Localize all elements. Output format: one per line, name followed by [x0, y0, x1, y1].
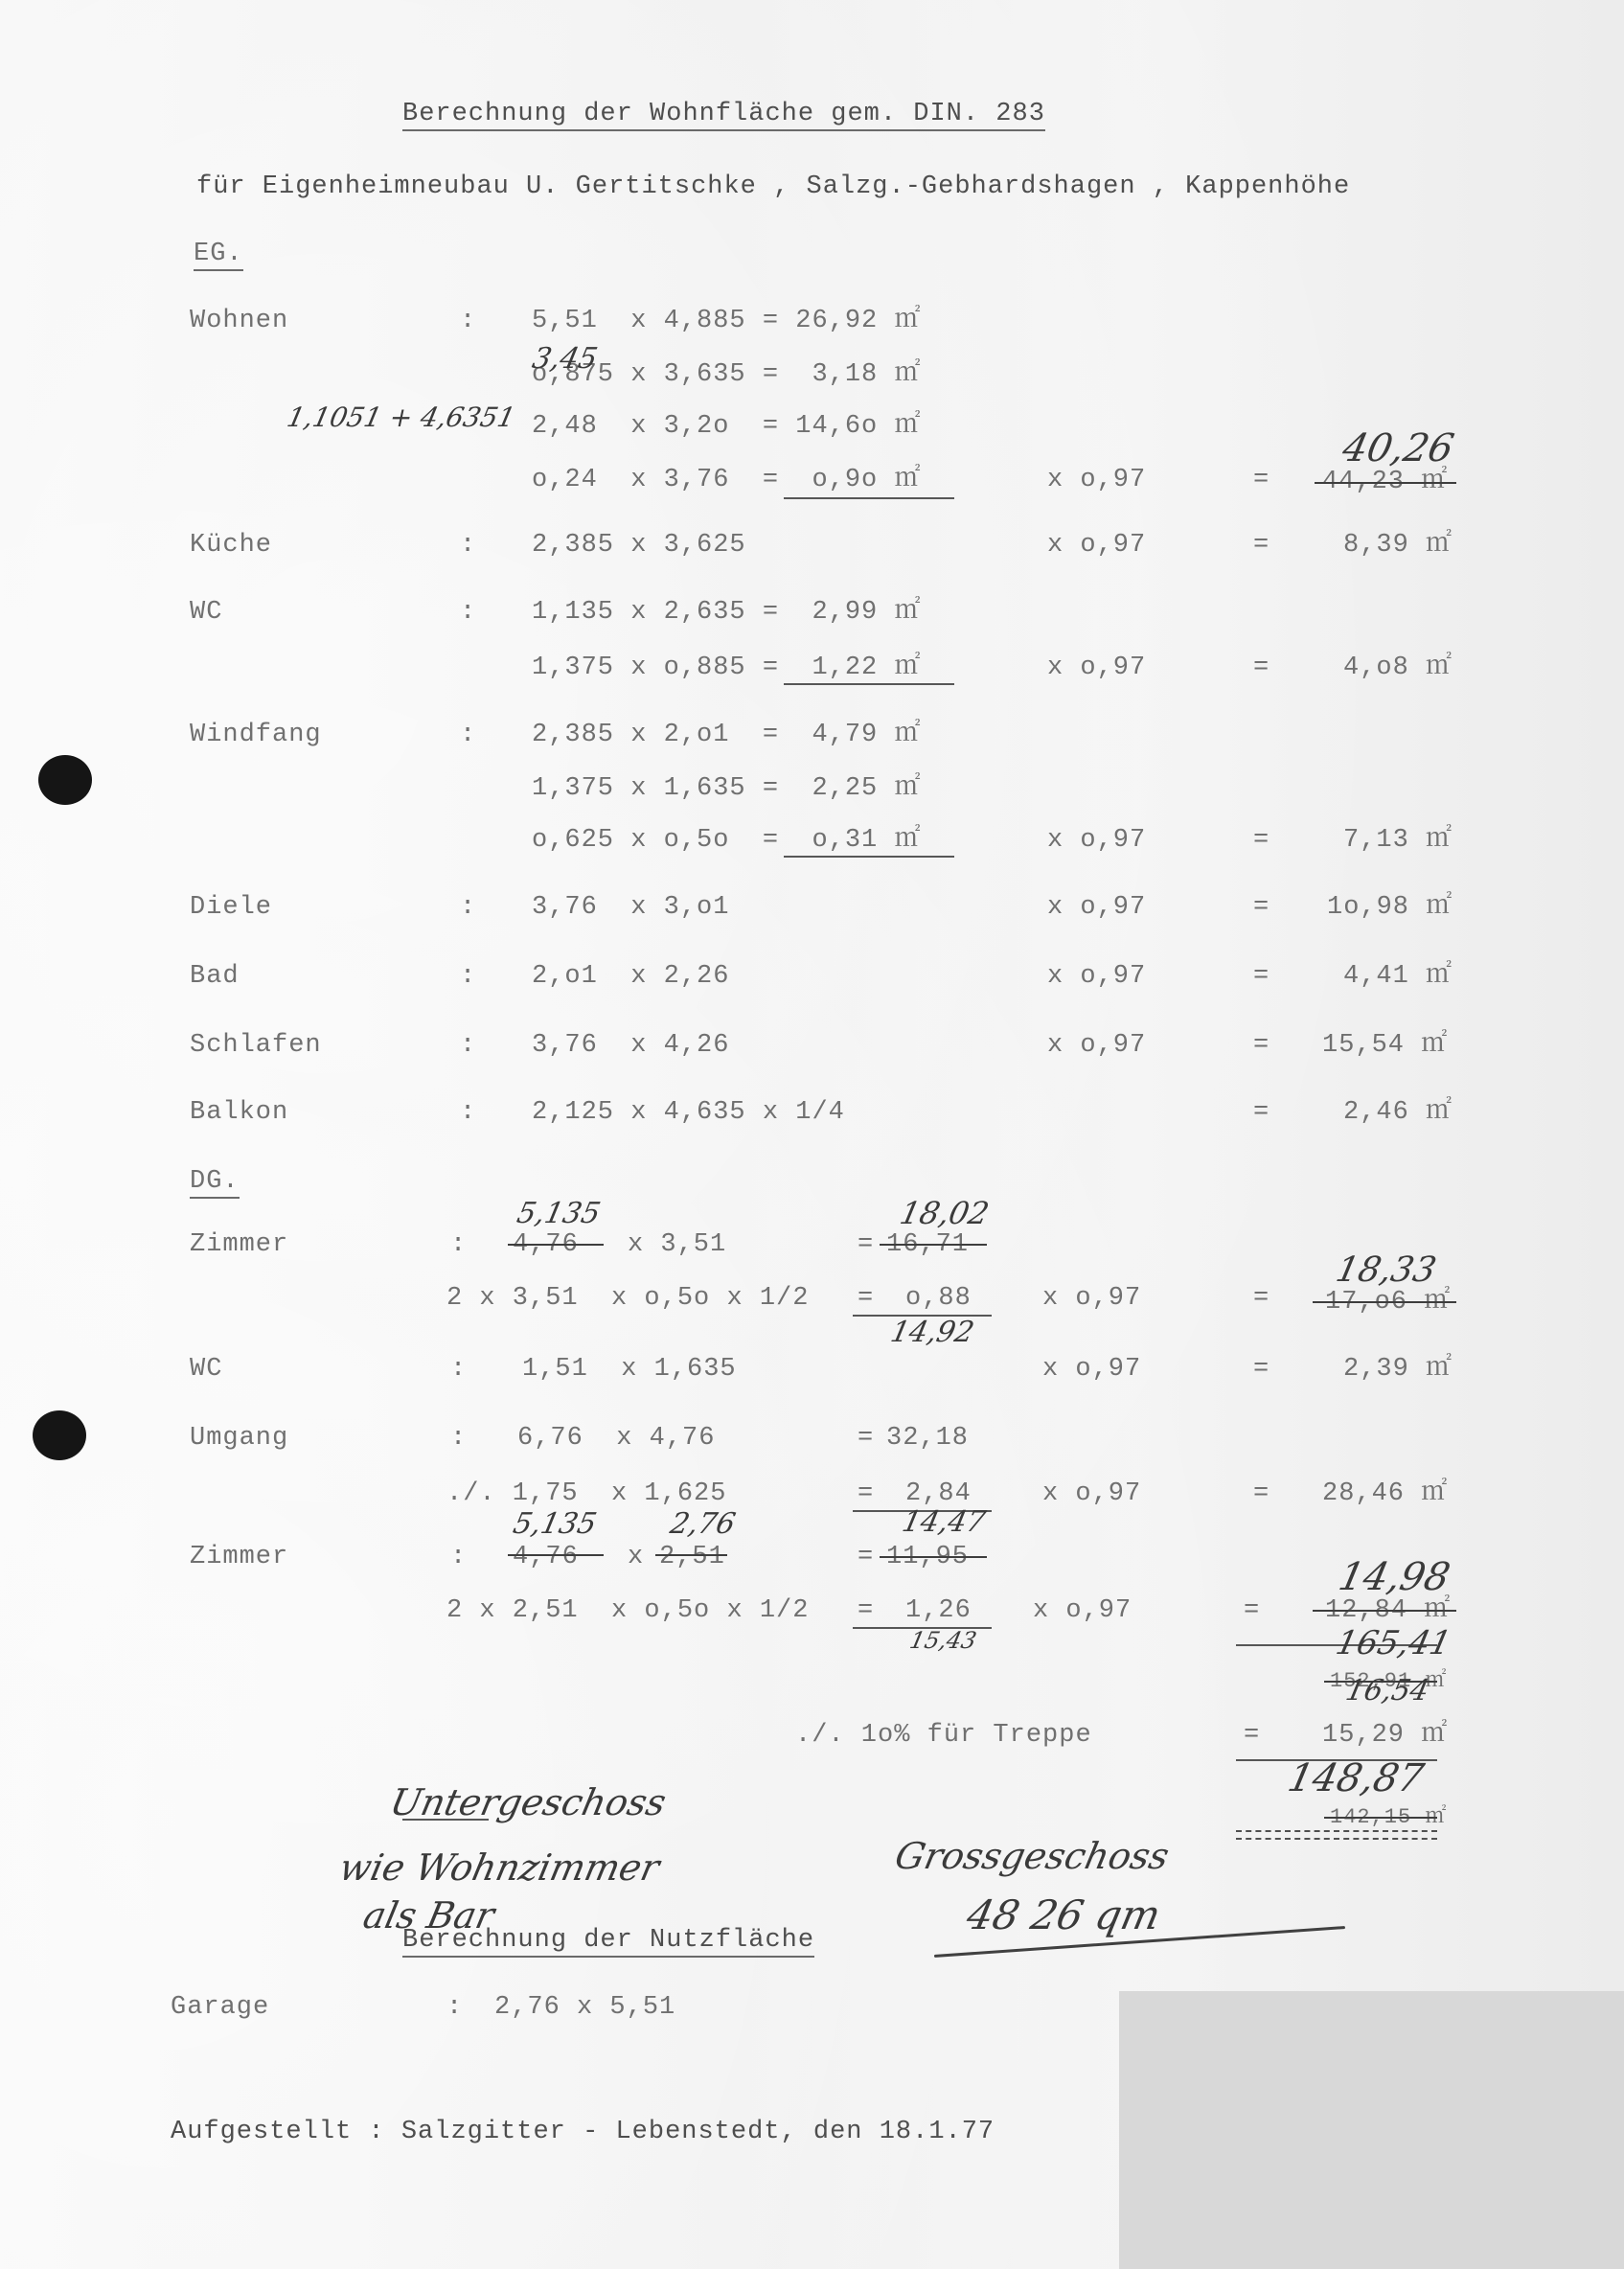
result-corrected: 40,26 [1339, 429, 1457, 468]
factor: x o,97 [1033, 1598, 1132, 1624]
calc-line: 2 x 3,51 x o,5o x 1/2 [446, 1286, 809, 1312]
calc-line: 3,76 x 3,o1 [532, 895, 729, 921]
equals: = [858, 1426, 874, 1452]
factor: x o,97 [1047, 828, 1146, 854]
calc-line: 3,76 x 4,26 [532, 1033, 729, 1059]
handwritten-correction: 2,76 [668, 1510, 738, 1539]
subtotal: o,88 [905, 1286, 972, 1312]
calc-line: 2,385 x 3,625 [532, 533, 746, 559]
room-name-balkon: Balkon [190, 1100, 288, 1126]
strike-line [1313, 1610, 1456, 1612]
colon: : [450, 1545, 467, 1570]
room-name-bad: Bad [190, 964, 240, 990]
equals: = [1253, 1286, 1269, 1312]
colon: : [450, 1232, 467, 1258]
footer-prepared-by: Aufgestellt : Salzgitter - Lebenstedt, d… [171, 2120, 995, 2145]
strike-line [655, 1554, 727, 1556]
handwritten-correction: 3,45 [530, 345, 600, 374]
factor: x o,97 [1042, 1481, 1141, 1507]
equals: = [1253, 1357, 1269, 1383]
equals: = [1253, 655, 1269, 681]
factor: x o,97 [1047, 895, 1146, 921]
sum-underline [784, 497, 954, 499]
strike-line [1313, 1301, 1456, 1303]
calc-line: 5,51 x 4,885 = 26,92 ㎡ [532, 309, 921, 334]
redacted-area [1119, 1991, 1624, 2269]
handwritten-sum: 15,43 [907, 1629, 978, 1652]
equals: = [858, 1545, 874, 1570]
handwritten-correction: 5,135 [511, 1510, 599, 1539]
calc-line: 6,76 x 4,76 [517, 1426, 715, 1452]
subtotal: 1,26 [905, 1598, 972, 1624]
equals: = [1253, 828, 1269, 854]
factor: x o,97 [1042, 1286, 1141, 1312]
subtotal: 2,84 [905, 1481, 972, 1507]
equals: = [858, 1598, 874, 1624]
equals: = [1244, 1723, 1260, 1749]
sum-underline [784, 683, 954, 685]
result: 2,46 ㎡ [1343, 1100, 1452, 1126]
punch-hole-bottom [33, 1410, 86, 1460]
handwritten-note: Grossgeschoss [892, 1838, 1172, 1874]
page-title: Berechnung der Wohnfläche gem. DIN. 283 [402, 102, 1045, 131]
result: 28,46 ㎡ [1322, 1481, 1448, 1507]
calc-line: 2,o1 x 2,26 [532, 964, 729, 990]
handwritten-correction: 18,02 [898, 1198, 992, 1228]
section-title-nutzflaeche: Berechnung der Nutzfläche [402, 1928, 814, 1958]
calc-line: 1,135 x 2,635 = 2,99 ㎡ [532, 600, 921, 626]
calc-line: 2,48 x 3,2o = 14,6o ㎡ [532, 414, 921, 440]
handwritten-sum: 14,47 [900, 1508, 988, 1537]
total-corrected-1: 165,41 [1333, 1627, 1453, 1660]
room-name-umgang: Umgang [190, 1426, 288, 1452]
factor: x o,97 [1047, 964, 1146, 990]
result: 4,41 ㎡ [1343, 964, 1452, 990]
note-underline [402, 1819, 489, 1821]
colon: : [460, 309, 476, 334]
project-subtitle: für Eigenheimneubau U. Gertitschke , Sal… [196, 174, 1350, 200]
calc-line: 2,125 x 4,635 x 1/4 [532, 1100, 845, 1126]
result: 1o,98 ㎡ [1327, 895, 1452, 921]
times: x [628, 1545, 644, 1570]
calc-line: 2,385 x 2,o1 = 4,79 ㎡ [532, 722, 921, 748]
colon: : [460, 722, 476, 748]
result: 2,39 ㎡ [1343, 1357, 1452, 1383]
factor: x o,97 [1047, 533, 1146, 559]
grand-total-corrected: 148,87 [1285, 1759, 1427, 1798]
strike-line [880, 1244, 987, 1246]
total-corrected-2: 16,54 [1343, 1677, 1431, 1706]
colon: : [460, 533, 476, 559]
colon: : [460, 895, 476, 921]
colon: : [446, 1995, 463, 2021]
result-corrected: 14,98 [1336, 1558, 1453, 1596]
room-name-schlafen: Schlafen [190, 1033, 322, 1059]
result: 7,13 ㎡ [1343, 828, 1452, 854]
calc-line: 1,375 x o,885 = 1,22 ㎡ [532, 655, 921, 681]
strike-line [1324, 1817, 1437, 1819]
factor: x o,97 [1042, 1357, 1141, 1383]
room-name-diele: Diele [190, 895, 272, 921]
stairs-deduction-label: ./. 1o% für Treppe [795, 1723, 1092, 1749]
equals: = [1253, 1033, 1269, 1059]
equals: = [1253, 895, 1269, 921]
room-name-kueche: Küche [190, 533, 272, 559]
strike-line [508, 1244, 604, 1246]
equals: = [858, 1232, 874, 1258]
equals: = [1253, 964, 1269, 990]
colon: : [460, 1100, 476, 1126]
room-name-wohnen: Wohnen [190, 309, 288, 334]
handwritten-note: Untergeschoss [387, 1784, 669, 1821]
room-name-wc: WC [190, 600, 222, 626]
stairs-deduction-value: 15,29 ㎡ [1322, 1723, 1448, 1749]
factor: x o,97 [1047, 655, 1146, 681]
strike-line [508, 1554, 604, 1556]
result: 4,o8 ㎡ [1343, 655, 1452, 681]
colon: : [460, 1033, 476, 1059]
colon: : [450, 1357, 467, 1383]
subtotal: 32,18 [886, 1426, 969, 1452]
room-name-wc-dg: WC [190, 1357, 222, 1383]
equals: = [1253, 1481, 1269, 1507]
room-name-zimmer-2: Zimmer [190, 1545, 288, 1570]
result: 8,39 ㎡ [1343, 533, 1452, 559]
calc-line: 1,51 x 1,635 [522, 1357, 737, 1383]
factor: x o,97 [1047, 1033, 1146, 1059]
floor-label-eg: EG. [194, 241, 243, 271]
equals: = [1253, 468, 1269, 493]
double-underline [1236, 1830, 1437, 1840]
colon: : [450, 1426, 467, 1452]
result-corrected: 18,33 [1333, 1253, 1439, 1288]
handwritten-sum: 14,92 [888, 1318, 976, 1347]
sum-underline [784, 856, 954, 858]
handwritten-note: wie Wohnzimmer [336, 1849, 663, 1886]
calc-struck: 4,76 [513, 1545, 579, 1570]
equals: = [1244, 1598, 1260, 1624]
strike-line [1315, 482, 1456, 484]
calc-line: o,625 x o,5o = o,31 ㎡ [532, 828, 921, 854]
colon: : [460, 600, 476, 626]
room-name-windfang: Windfang [190, 722, 322, 748]
calc-line: 1,375 x 1,635 = 2,25 ㎡ [532, 776, 921, 802]
room-name-zimmer-1: Zimmer [190, 1232, 288, 1258]
factor: x o,97 [1047, 468, 1146, 493]
equals: = [1253, 1100, 1269, 1126]
floor-label-dg: DG. [190, 1169, 240, 1199]
calc-line: 2,76 x 5,51 [494, 1995, 675, 2021]
strike-line [880, 1556, 987, 1558]
equals: = [858, 1481, 874, 1507]
handwritten-correction: 5,135 [515, 1200, 603, 1228]
colon: : [460, 964, 476, 990]
equals: = [1253, 533, 1269, 559]
calc-line: 2 x 2,51 x o,5o x 1/2 [446, 1598, 809, 1624]
handwritten-margin-note: 1,1051 + 4,6351 [285, 404, 517, 431]
equals: = [858, 1286, 874, 1312]
room-name-garage: Garage [171, 1995, 269, 2021]
calc-line: ./. 1,75 x 1,625 [446, 1481, 726, 1507]
punch-hole-top [38, 755, 92, 805]
calc-struck: 2,51 [659, 1545, 725, 1570]
handwritten-note: 48 26 qm [964, 1895, 1164, 1936]
calc-line: x 3,51 [628, 1232, 726, 1258]
calc-line: o,24 x 3,76 = o,9o ㎡ [532, 468, 921, 493]
result: 15,54 ㎡ [1322, 1033, 1448, 1059]
